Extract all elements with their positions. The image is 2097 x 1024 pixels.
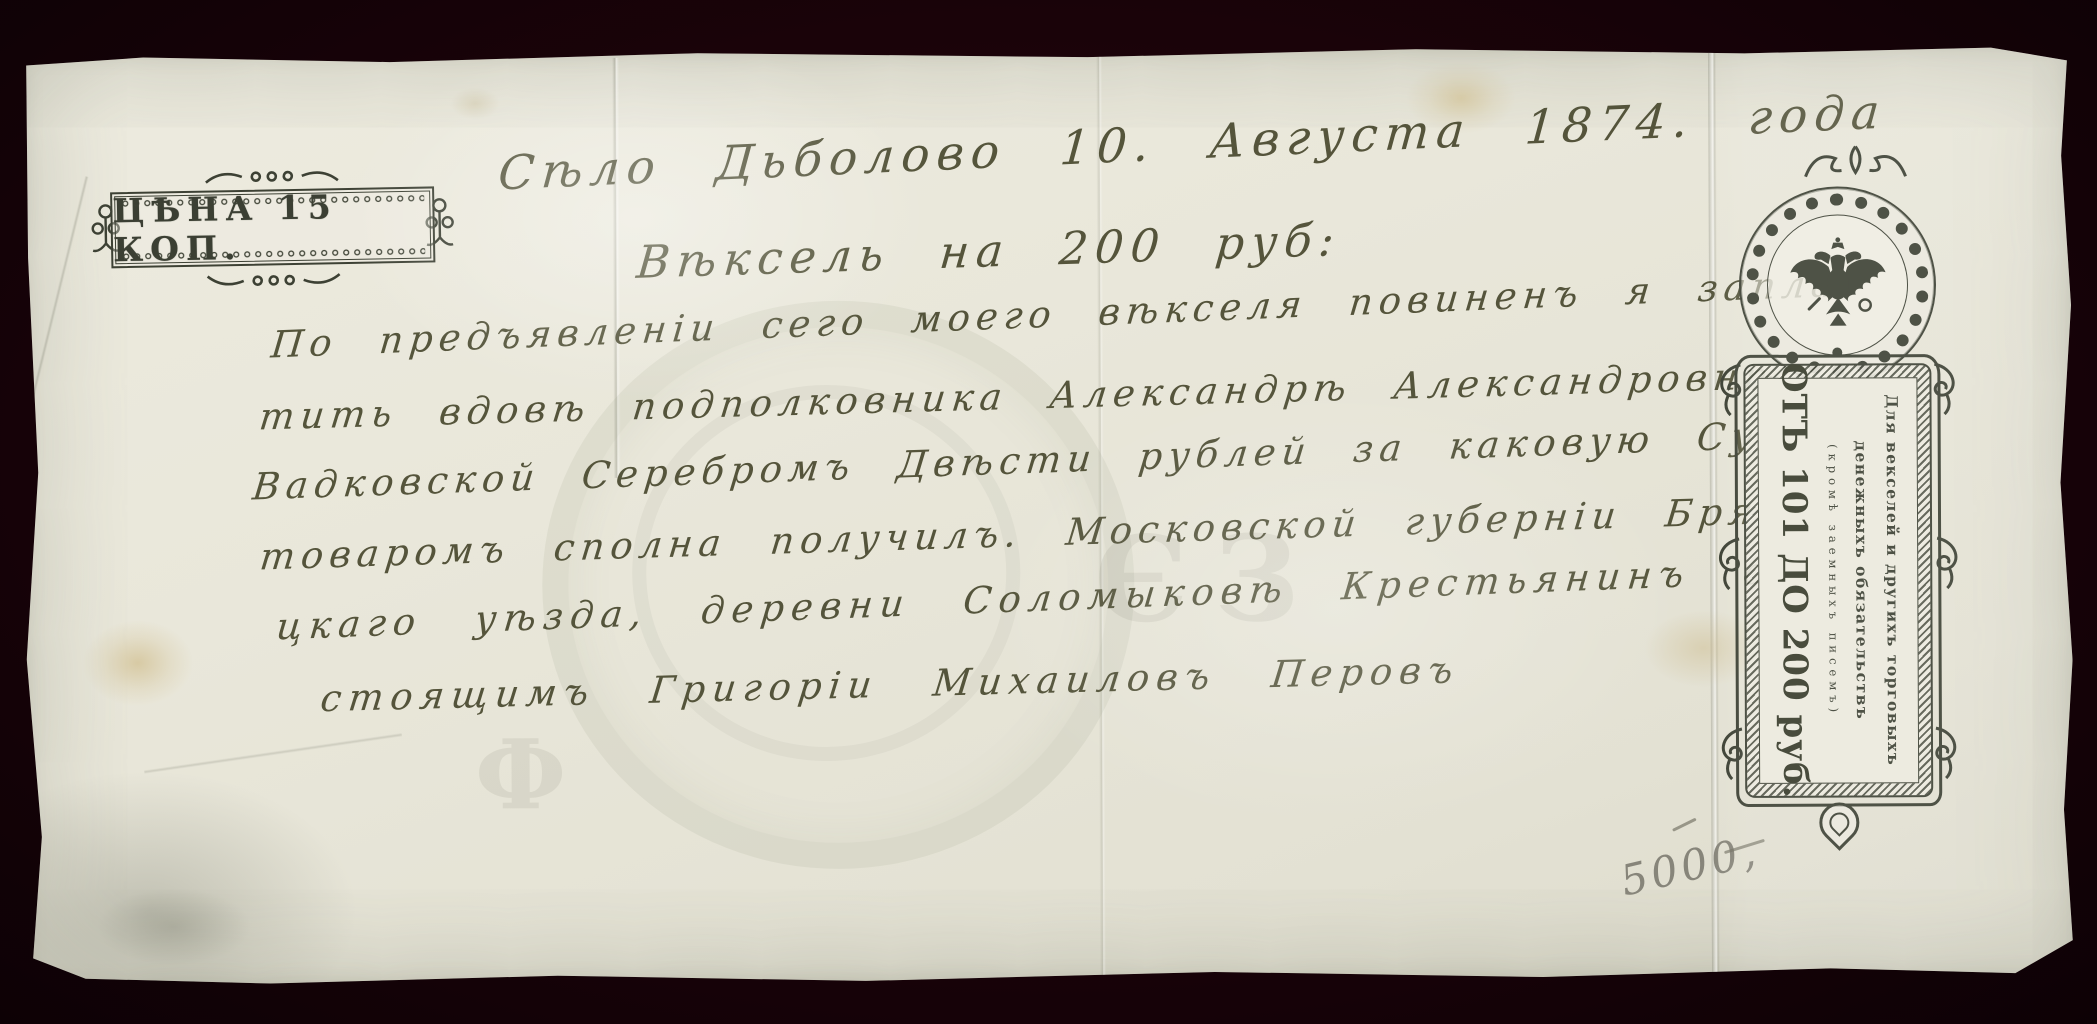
manuscript-line-date: Сѣло Дьболово 10. Августа 1874. года <box>496 84 1888 201</box>
manuscript-line-title: Вѣксель на 200 руб: <box>634 213 1343 289</box>
price-stamp-box: ЦѢНА 15 КОП. <box>96 160 450 294</box>
double-headed-eagle-icon <box>1781 233 1893 337</box>
paper-stain <box>82 620 192 706</box>
price-stamp-frame: ЦѢНА 15 КОП. <box>110 186 435 268</box>
cartouche-panel: Для векселей и другихъ торговыхъ денежны… <box>1757 377 1919 784</box>
manuscript-line: По предъявленіи сего моего вѣкселя повин… <box>269 262 1841 367</box>
photo-backdrop: Ф ЄЗ ЦѢНА <box>0 0 2097 1024</box>
fold-crease <box>144 733 402 774</box>
manuscript-line-signature: стоящимъ Григоріи Михаиловъ Перовъ <box>318 648 1462 720</box>
revenue-stamp: Для векселей и другихъ торговыхъ денежны… <box>1710 104 1994 915</box>
stamp-vertical-text: Для векселей и другихъ торговыхъ денежны… <box>1773 382 1903 779</box>
guilloche-border <box>120 195 424 208</box>
paper-shadow <box>64 871 284 982</box>
stamp-cartouche: Для векселей и другихъ торговыхъ денежны… <box>1734 354 1942 807</box>
watermark-glyph-left: Ф <box>475 718 567 831</box>
guilloche-border <box>121 248 425 261</box>
stamp-purpose-line-3: (кромѣ заемныхъ писемъ) <box>1826 444 1841 717</box>
promissory-note-paper: Ф ЄЗ ЦѢНА <box>20 44 2077 987</box>
stamp-purpose-line-2: денежныхъ обязательствъ <box>1852 441 1872 721</box>
paper-stain <box>440 80 510 126</box>
medallion-core <box>1767 214 1909 356</box>
pencil-dash <box>1672 818 1697 832</box>
stamp-denomination: ОТЪ 101 ДО 200 руб. <box>1773 363 1815 799</box>
crest-flourish-icon <box>1795 140 1915 187</box>
fold-crease <box>14 176 89 468</box>
scroll-ornament-icon <box>203 266 343 293</box>
stamp-purpose-line-1: Для векселей и другихъ торговыхъ <box>1882 394 1903 766</box>
